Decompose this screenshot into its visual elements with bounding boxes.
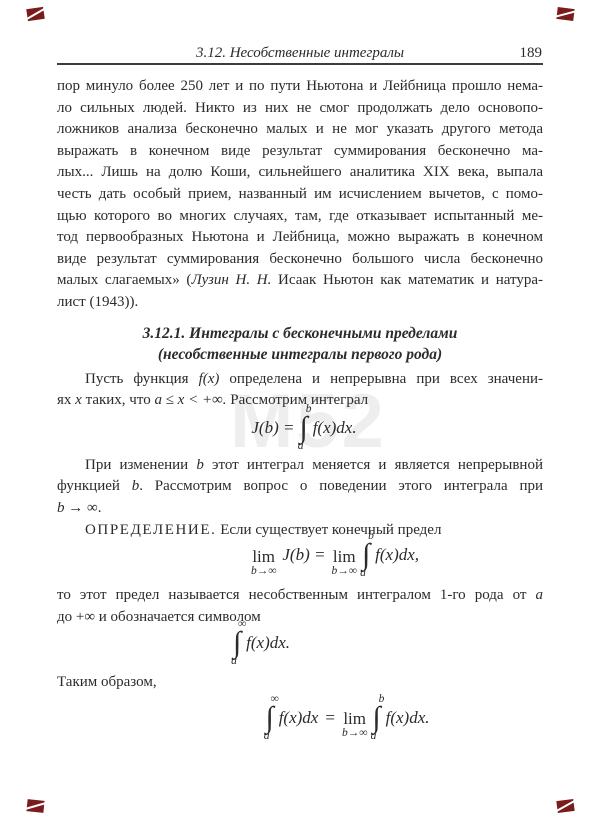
text-line: При изменении b этот интеграл меняется и…: [57, 455, 543, 477]
text-line: малых слагаемых» (Лузин Н. Н. Исаак Ньют…: [57, 270, 543, 292]
lim-word: lim: [333, 548, 356, 565]
text-line: ложников анализа бесконечно малых и не м…: [57, 119, 543, 141]
limit-operator: lim b→∞: [342, 710, 367, 739]
scan-corner-mark-top-right: [556, 7, 574, 21]
paragraph-history: пор минуло более 250 лет и по пути Ньюто…: [57, 76, 543, 314]
scan-corner-mark-bottom-right: [556, 799, 574, 813]
integral-upper-limit: b: [306, 404, 312, 415]
header-rule: [57, 63, 543, 65]
formula-symbol: ∞ ∫ a f(x)dx.: [19, 619, 505, 667]
formula-final: ∞ ∫ a f(x)dx = lim b→∞ b ∫ a f(x)dx.: [105, 690, 591, 746]
integral: ∞ ∫ a: [233, 619, 241, 667]
formula-lhs: J(b) =: [251, 417, 294, 439]
running-head: 3.12. Несобственные интегралы 189: [57, 44, 543, 64]
text-line: тод первообразных Ньютона и Лейбница, мо…: [57, 227, 543, 249]
formula-integrand: f(x)dx,: [375, 544, 419, 566]
subsection-heading-line1: 3.12.1. Интегралы с бесконечными предела…: [57, 323, 543, 344]
text-line: пор минуло более 250 лет и по пути Ньюто…: [57, 76, 543, 98]
formula-mid: J(b) =: [282, 544, 325, 566]
integral-upper-limit: b: [368, 531, 374, 542]
formula-integrand: f(x)dx.: [386, 707, 430, 729]
formula-jb-definition: J(b) = b ∫ a f(x)dx.: [61, 404, 547, 452]
page-number: 189: [520, 44, 543, 62]
text-line: то этот предел называется несобственным …: [57, 585, 543, 607]
integral-sign: ∫: [299, 415, 307, 441]
integral-lower-limit: a: [371, 731, 377, 742]
equals-sign: =: [325, 707, 335, 729]
text-line: щью которого во многих случаях, там, где…: [57, 206, 543, 228]
paragraph-behavior: При изменении b этот интеграл меняется и…: [57, 455, 543, 520]
integral: b ∫ a: [362, 531, 370, 579]
subsection-heading: 3.12.1. Интегралы с бесконечными предела…: [57, 323, 543, 365]
text-line: b → ∞.: [57, 498, 543, 520]
integral: b ∫ a: [372, 694, 380, 742]
integral-lower-limit: a: [231, 656, 237, 667]
scan-corner-mark-bottom-left: [26, 799, 44, 813]
scan-corner-mark-top-left: [26, 7, 45, 21]
integral-lower-limit: a: [298, 441, 304, 452]
text-line: выражать в конечном виде результат сумми…: [57, 141, 543, 163]
lim-word: lim: [343, 710, 366, 727]
formula-integrand: f(x)dx.: [246, 632, 290, 654]
text-line: виде результат суммирования бесконечно б…: [57, 249, 543, 271]
lim-subscript: b→∞: [331, 566, 356, 577]
integral-upper-limit: ∞: [238, 619, 246, 630]
integral-sign: ∫: [362, 542, 370, 568]
integral-upper-limit: ∞: [270, 694, 278, 705]
integral-lower-limit: a: [264, 731, 270, 742]
integral: ∞ ∫ a: [265, 694, 273, 742]
integral-upper-limit: b: [379, 694, 385, 705]
limit-operator: lim b→∞: [331, 548, 356, 577]
text-line: Пусть функция f(x) определена и непрерыв…: [57, 369, 543, 391]
integral: b ∫ a: [299, 404, 307, 452]
formula-integrand: f(x)dx.: [313, 417, 357, 439]
lim-word: lim: [252, 548, 275, 565]
lim-subscript: b→∞: [342, 728, 367, 739]
text-line: лых... Лишь на долю Коши, сильнейшего ан…: [57, 162, 543, 184]
integral-sign: ∫: [372, 705, 380, 731]
limit-operator: lim b→∞: [251, 548, 276, 577]
integral-sign: ∫: [233, 630, 241, 656]
book-page: М52 3.12. Несобственные интегралы 189 по…: [0, 0, 600, 828]
text-line: честь дать особый прием, названный им ис…: [57, 184, 543, 206]
running-head-title: 3.12. Несобственные интегралы: [57, 44, 543, 62]
text-line: функцией b. Рассмотрим вопрос о поведени…: [57, 476, 543, 498]
text-line: лист (1943)).: [57, 292, 543, 314]
text-line: ло сильных людей. Никто из них не смог п…: [57, 98, 543, 120]
formula-limit: lim b→∞ J(b) = lim b→∞ b ∫ a f(x)dx,: [92, 531, 578, 579]
text-column: пор минуло более 250 лет и по пути Ньюто…: [57, 76, 543, 746]
integral-lower-limit: a: [360, 568, 366, 579]
integral-sign: ∫: [265, 705, 273, 731]
lim-subscript: b→∞: [251, 566, 276, 577]
subsection-heading-line2: (несобственные интегралы первого рода): [57, 344, 543, 365]
formula-integrand: f(x)dx: [279, 707, 319, 729]
